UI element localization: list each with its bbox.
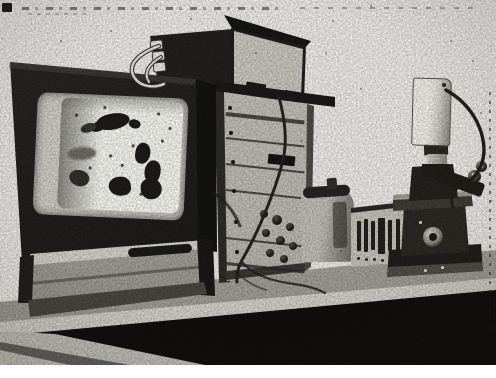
- wall-speck: [110, 30, 112, 32]
- wall-speck: [60, 40, 62, 42]
- photograph: [0, 0, 496, 365]
- wall-speck: [472, 60, 474, 62]
- wall-speck: [340, 250, 342, 252]
- wall-speck: [190, 18, 192, 20]
- scan-artifact-dashes: [300, 7, 475, 9]
- wall-speck: [255, 52, 257, 54]
- wall-speck: [325, 52, 327, 54]
- wall-speck: [300, 140, 302, 142]
- scan-artifact-dashes: [28, 13, 88, 15]
- wall-speck: [332, 20, 334, 22]
- page-margin: [0, 365, 496, 378]
- page: [0, 0, 496, 378]
- scan-artifact-dotted-line: [489, 92, 491, 330]
- vignette: [0, 0, 496, 365]
- wall-speck: [480, 112, 482, 114]
- scan-artifact-mark: [2, 3, 12, 12]
- wall-speck: [370, 5, 372, 7]
- wall-speck: [360, 88, 362, 90]
- wall-speck: [450, 40, 452, 42]
- scan-artifact-dashes: [22, 7, 282, 10]
- wall-speck: [490, 200, 492, 202]
